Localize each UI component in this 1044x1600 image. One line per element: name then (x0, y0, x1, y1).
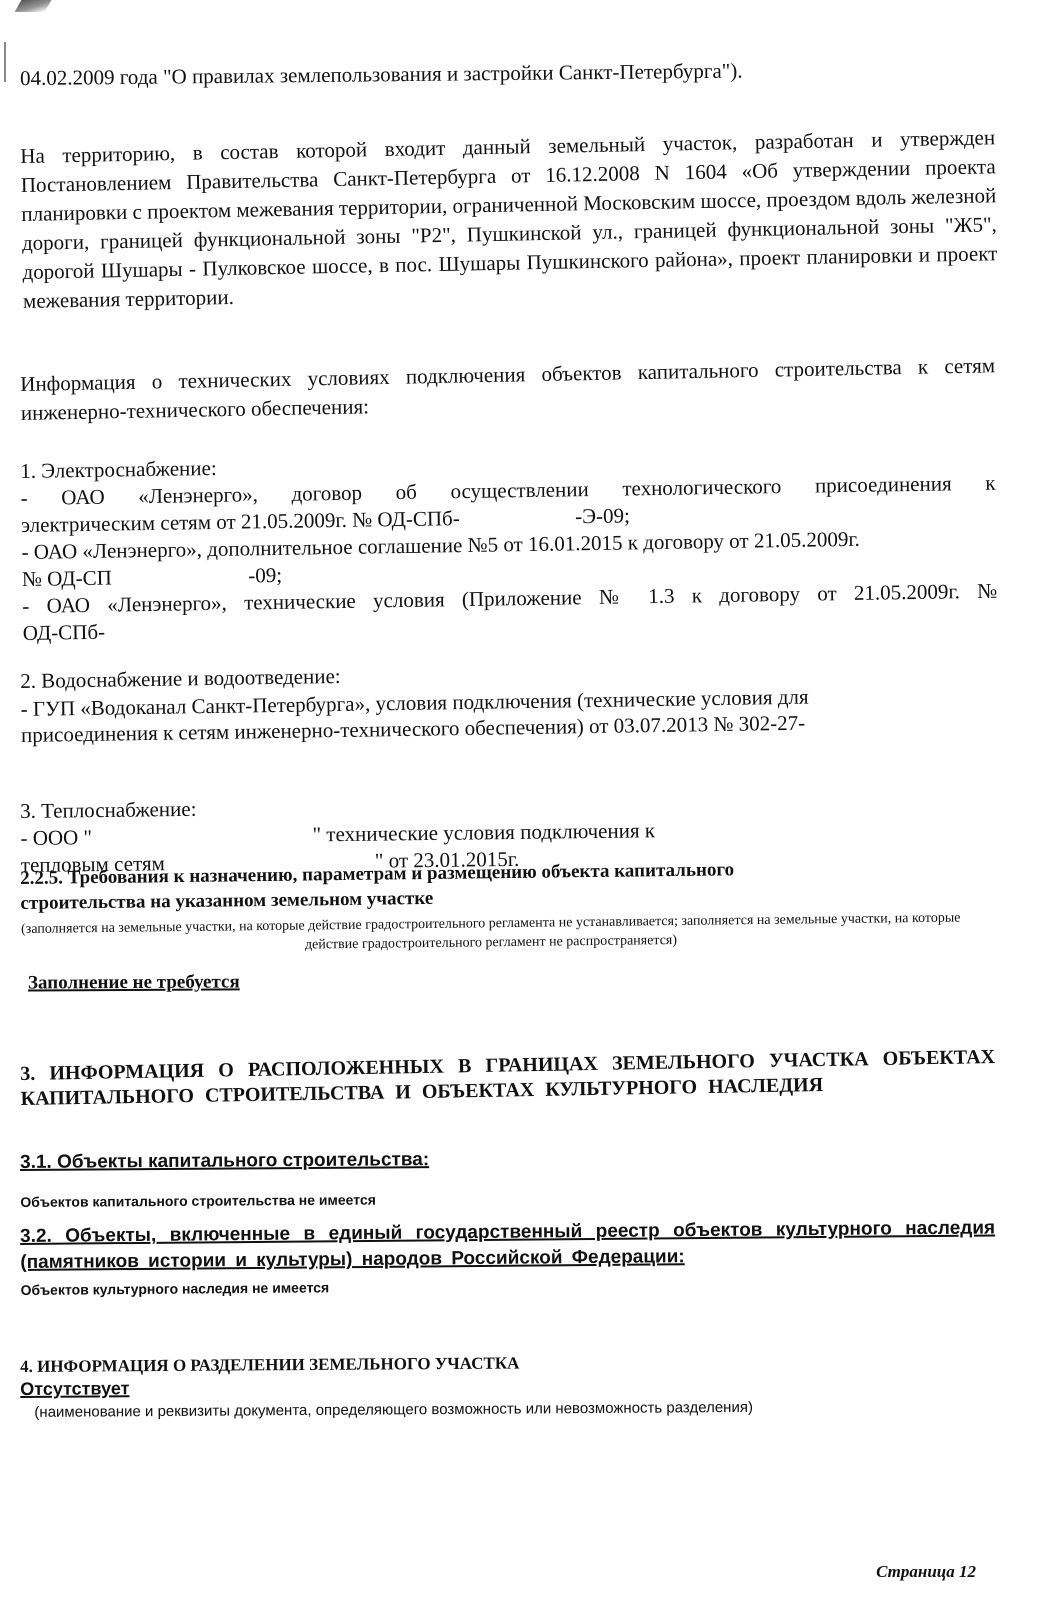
utility-line: № ОД-СП (22, 566, 112, 591)
redacted-number (21, 748, 95, 776)
scan-edge-mark (4, 42, 6, 82)
section-heading: 2.2.5. Требования к назначению, параметр… (20, 856, 841, 916)
section-2-2-5-value: Заполнение не требуется (20, 970, 995, 992)
section-3: 3. ИНФОРМАЦИЯ О РАСПОЛОЖЕННЫХ В ГРАНИЦАХ… (20, 1045, 996, 1112)
tech-conditions-intro: Информация о технических условиях подклю… (20, 370, 995, 428)
redacted-number (465, 503, 570, 532)
redacted-number (110, 617, 205, 645)
section-4: 4. ИНФОРМАЦИЯ О РАЗДЕЛЕНИИ ЗЕМЕЛЬНОГО УЧ… (20, 1349, 995, 1424)
redacted-number (117, 563, 243, 592)
subsection-value: Объектов капитального строительства не и… (20, 1187, 995, 1210)
utility-electricity: 1. Электроснабжение: - ОАО «Ленэнерго», … (20, 443, 998, 647)
utility-water: 2. Водоснабжение и водоотведение: - ГУП … (20, 653, 997, 776)
planning-text: На территорию, в состав которой входит д… (20, 123, 998, 316)
planning-paragraph: На территорию, в состав которой входит д… (20, 142, 995, 316)
utility-line: - ООО " (20, 825, 92, 850)
tech-conditions-text: Информация о технических условиях подклю… (20, 351, 996, 428)
scan-shadow (15, 0, 52, 12)
page-number: Страница 12 (876, 1562, 976, 1582)
section-heading: 3. ИНФОРМАЦИЯ О РАСПОЛОЖЕННЫХ В ГРАНИЦАХ… (20, 1045, 996, 1112)
intro-text: 04.02.2009 года "О правилах землепользов… (20, 55, 995, 92)
utility-line: -09; (248, 563, 282, 588)
utility-line: " технические условия подключения к (312, 818, 655, 846)
utility-line: ОД-СПб- (23, 620, 106, 645)
utility-line: -Э-09; (575, 503, 630, 528)
section-3-2: 3.2. Объекты, включенные в единый госуда… (20, 1215, 996, 1298)
section-3-1: 3.1. Объекты капитального строительства:… (20, 1143, 995, 1210)
subsection-heading: 3.2. Объекты, включенные в единый госуда… (20, 1215, 995, 1276)
subsection-heading: 3.1. Объекты капитального строительства: (20, 1143, 995, 1176)
section-note: (заполняется на земельные участки, на ко… (21, 909, 961, 958)
intro-line: 04.02.2009 года "О правилах землепользов… (20, 60, 995, 87)
section-value: Заполнение не требуется (28, 967, 995, 994)
redacted-name (97, 821, 307, 851)
subsection-value: Объектов культурного наследия не имеется (21, 1273, 996, 1298)
section-2-2-5: 2.2.5. Требования к назначению, параметр… (20, 854, 996, 958)
section-note: (наименование и реквизиты документа, опр… (34, 1395, 995, 1424)
